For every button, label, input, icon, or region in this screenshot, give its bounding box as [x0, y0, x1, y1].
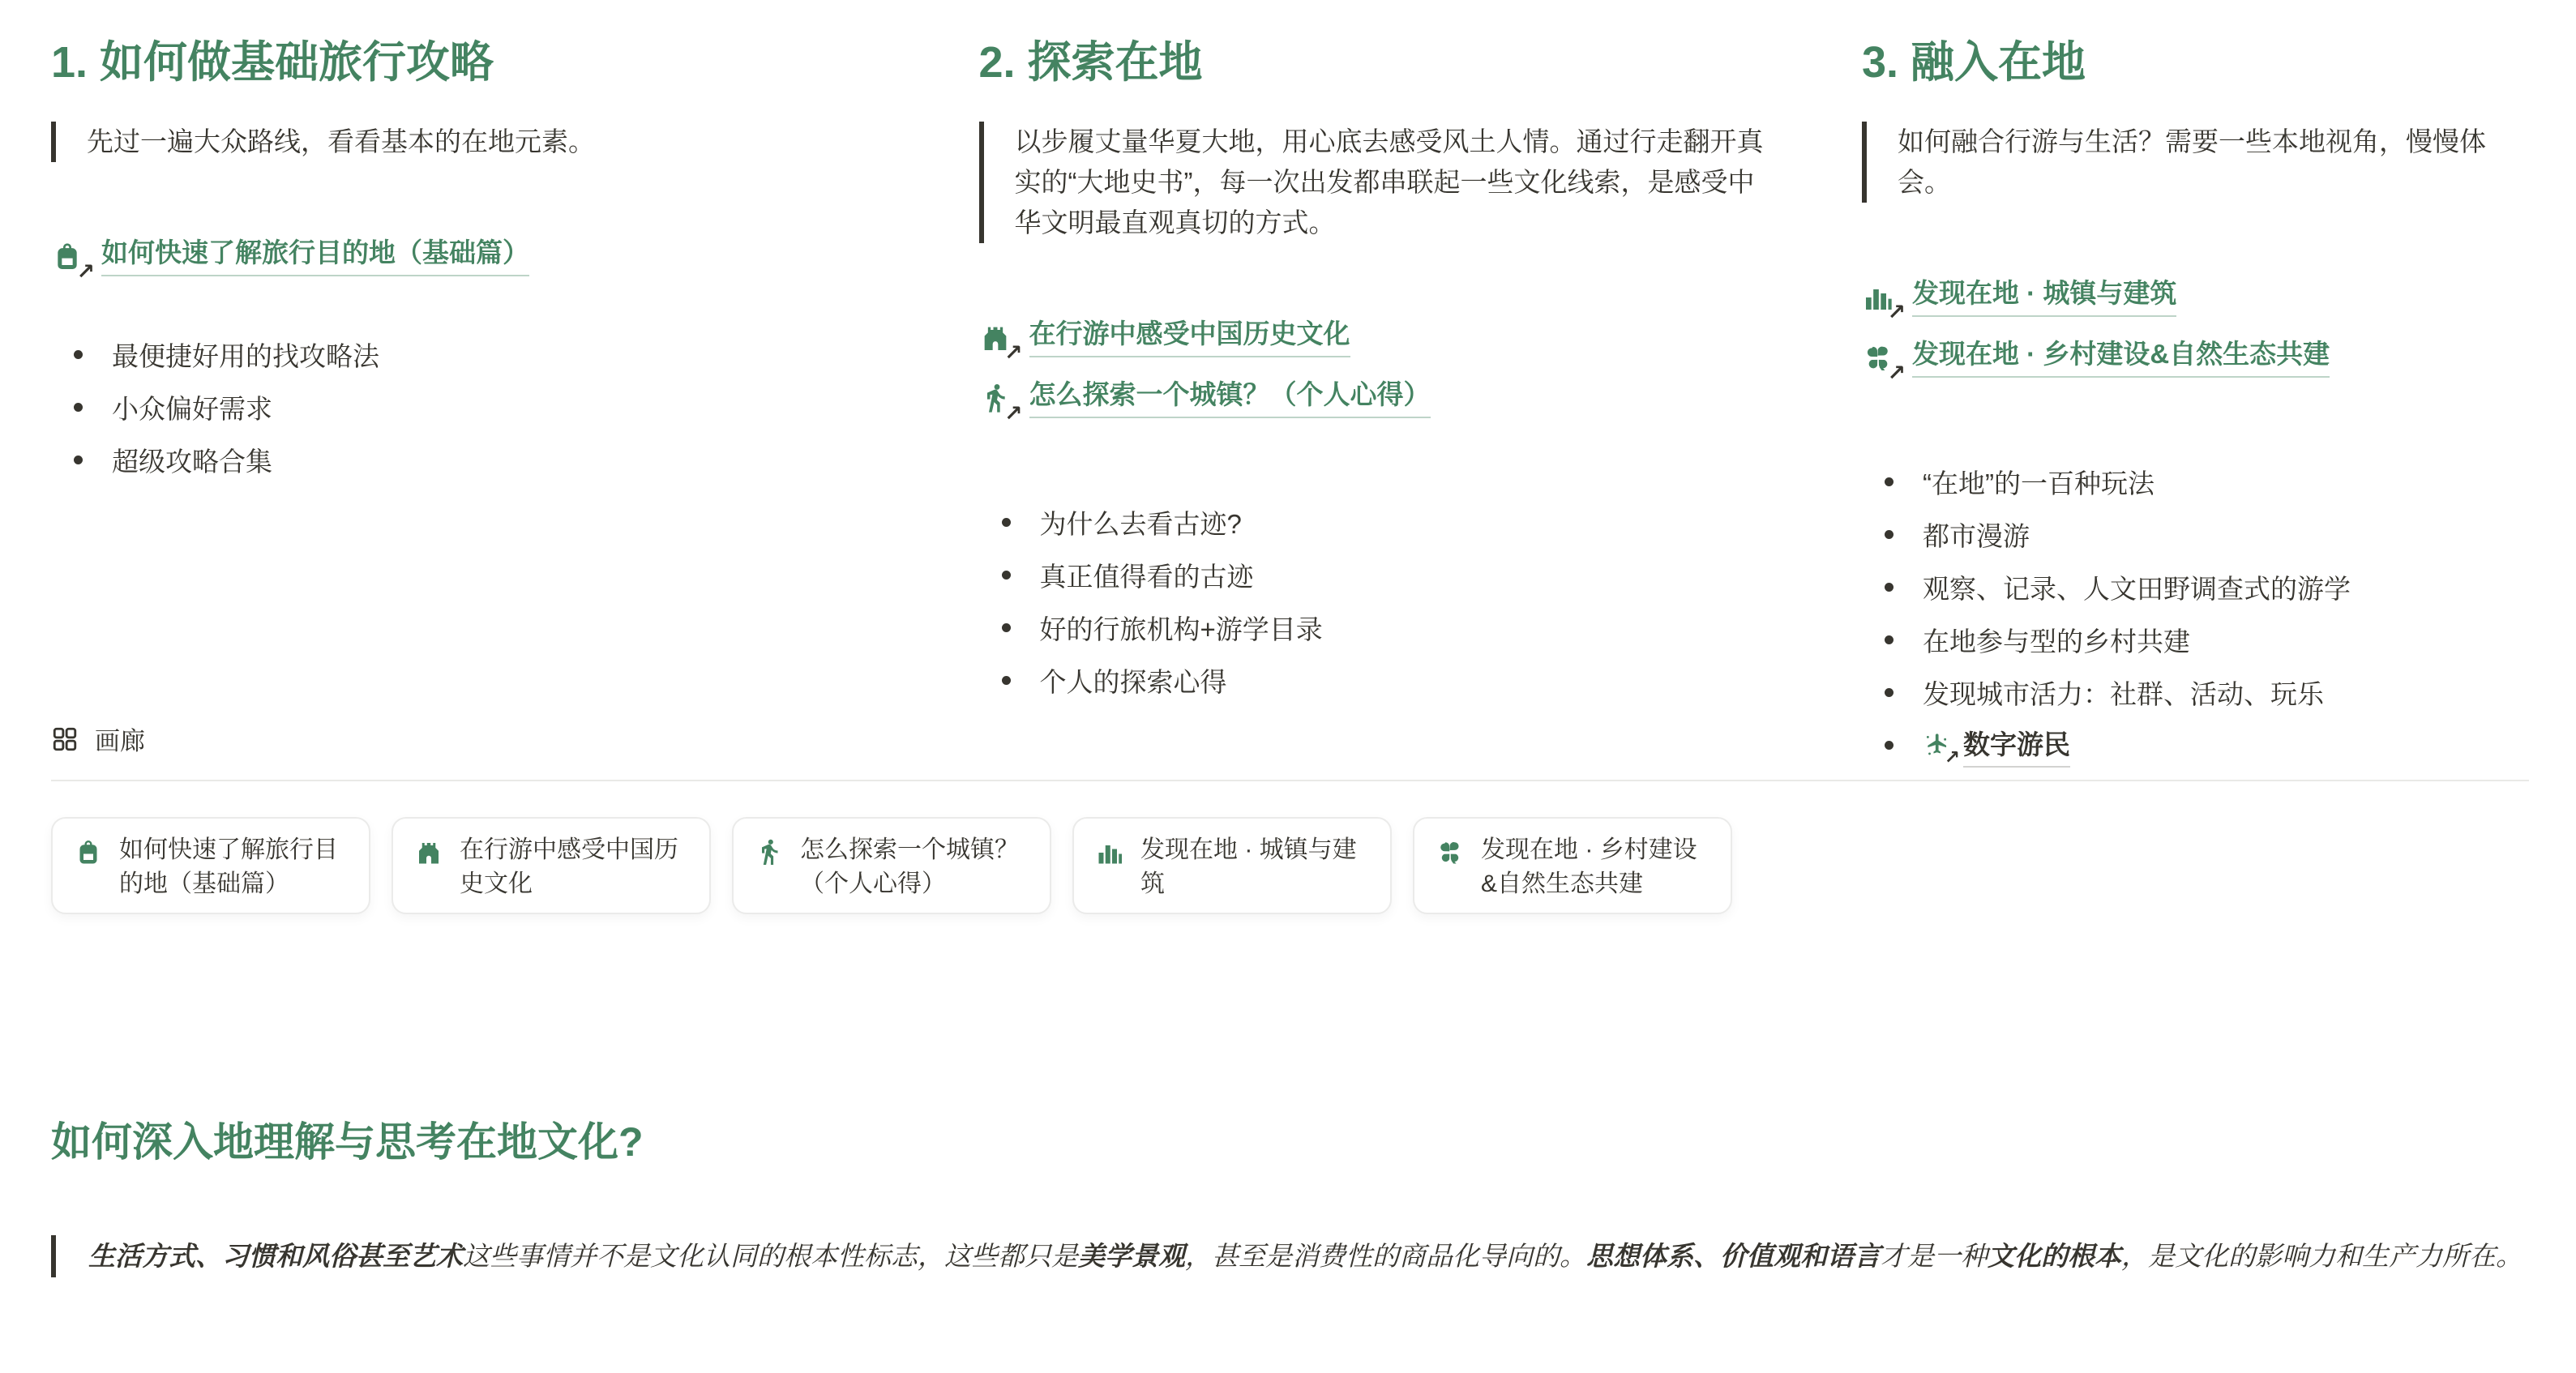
- bullet-dot: [1885, 583, 1893, 592]
- bullet-text: 在地参与型的乡村共建: [1923, 621, 2190, 659]
- quote-block-1: 先过一遍大众路线，看看基本的在地元素。: [51, 122, 894, 162]
- bullet-dot: [74, 350, 83, 359]
- link-list-1: ↗ 如何快速了解旅行目的地（基础篇）: [51, 237, 894, 276]
- footer-quote-block: 生活方式、习惯和风俗甚至艺术这些事情并不是文化认同的根本性标志，这些都只是美学景…: [51, 1235, 2525, 1277]
- grid-icon: [51, 725, 79, 753]
- list-item: 在地参与型的乡村共建: [1885, 614, 2525, 666]
- bullet-dot: [1002, 623, 1011, 632]
- page-link-towns-architecture[interactable]: ↗ 发现在地 · 城镇与建筑: [1862, 277, 2176, 317]
- gallery-card-history-culture[interactable]: 在行游中感受中国历史文化: [392, 817, 711, 914]
- quote-segment: ，甚至是消费性的商品化导向的。: [1185, 1241, 1586, 1271]
- gallery-label: 画廊: [95, 721, 145, 757]
- bullet-text: 超级攻略合集: [112, 441, 272, 479]
- bullet-text: 好的行旅机构+游学目录: [1040, 609, 1323, 647]
- quote-text: 先过一遍大众路线，看看基本的在地元素。: [56, 122, 595, 162]
- link-out-arrow-icon: ↗: [1945, 748, 1960, 767]
- link-out-arrow-icon: ↗: [1887, 302, 1906, 323]
- bullet-dot: [1885, 530, 1893, 539]
- bullet-text: “在地”的一百种玩法: [1923, 463, 2155, 501]
- link-label: 如何快速了解旅行目的地（基础篇）: [101, 237, 529, 276]
- column-basic-travel-planning: 1. 如何做基础旅行攻略 先过一遍大众路线，看看基本的在地元素。 ↗ 如何快速了…: [51, 37, 894, 721]
- card-title: 发现在地 · 城镇与建筑: [1140, 833, 1369, 901]
- list-item: 发现城市活力：社群、活动、玩乐: [1885, 666, 2525, 719]
- card-title: 发现在地 · 乡村建设&自然生态共建: [1481, 833, 1709, 901]
- bullet-dot: [1885, 688, 1893, 697]
- bullet-dot: [1885, 477, 1893, 486]
- clover-icon: [1436, 838, 1465, 867]
- column-blend-in-local: 3. 融入在地 如何融合行游与生活？需要一些本地视角，慢慢体会。 ↗ 发现在地 …: [1862, 37, 2525, 721]
- list-item: 好的行旅机构+游学目录: [1002, 601, 1778, 654]
- pedestrian-icon: [755, 838, 784, 867]
- card-title: 在行游中感受中国历史文化: [460, 833, 688, 901]
- castle-icon: [414, 838, 443, 867]
- footer-heading: 如何深入地理解与思考在地文化?: [51, 1119, 2525, 1166]
- bullet-text: 小众偏好需求: [112, 388, 272, 426]
- link-out-arrow-icon: ↗: [1887, 362, 1906, 384]
- backpack-icon: ↗: [51, 241, 83, 273]
- link-list-2: ↗ 在行游中感受中国历史文化 ↗ 怎么探索一个城镇？（个人心得）: [979, 318, 1778, 418]
- card-title: 怎么探索一个城镇？（个人心得）: [800, 833, 1029, 901]
- pedestrian-icon: ↗: [979, 383, 1012, 415]
- clover-icon: ↗: [1862, 342, 1894, 374]
- list-item: 小众偏好需求: [74, 381, 894, 434]
- link-label: 怎么探索一个城镇？（个人心得）: [1029, 379, 1431, 418]
- gallery-card-destination-basics[interactable]: 如何快速了解旅行目的地（基础篇）: [51, 817, 370, 914]
- columns-section: 1. 如何做基础旅行攻略 先过一遍大众路线，看看基本的在地元素。 ↗ 如何快速了…: [0, 0, 2576, 721]
- bullet-dot: [1885, 635, 1893, 644]
- section-heading-2: 2. 探索在地: [979, 37, 1778, 88]
- bullet-dot: [1002, 676, 1011, 685]
- quote-segment: 文化的根本: [1988, 1241, 2121, 1271]
- bullet-dot: [74, 403, 83, 412]
- bullet-text: 都市漫游: [1923, 515, 2030, 554]
- notion-page: 1. 如何做基础旅行攻略 先过一遍大众路线，看看基本的在地元素。 ↗ 如何快速了…: [0, 0, 2576, 1373]
- bullet-text: 发现城市活力：社群、活动、玩乐: [1923, 674, 2324, 712]
- bullet-list-3: “在地”的一百种玩法 都市漫游 观察、记录、人文田野调查式的游学 在地参与型的乡…: [1862, 456, 2525, 772]
- list-item: 为什么去看古迹?: [1002, 496, 1778, 549]
- buildings-icon: ↗: [1862, 281, 1894, 314]
- bullet-list-1: 最便捷好用的找攻略法 小众偏好需求 超级攻略合集: [51, 328, 894, 486]
- quote-segment: 生活方式、习惯和风俗甚至艺术: [88, 1241, 463, 1271]
- gallery-cards: 如何快速了解旅行目的地（基础篇） 在行游中感受中国历史文化 怎么探索一个城镇？（…: [0, 781, 2576, 914]
- quote-text: 以步履丈量华夏大地，用心底去感受风土人情。通过行走翻开真实的“大地史书”，每一次…: [984, 122, 1778, 243]
- quote-text: 如何融合行游与生活？需要一些本地视角，慢慢体会。: [1867, 122, 2525, 203]
- bullet-list-2: 为什么去看古迹? 真正值得看的古迹 好的行旅机构+游学目录 个人的探索心得: [979, 496, 1778, 707]
- card-title: 如何快速了解旅行目的地（基础篇）: [119, 833, 348, 901]
- link-label: 发现在地 · 乡村建设&自然生态共建: [1912, 338, 2330, 378]
- gallery-card-rural-ecology[interactable]: 发现在地 · 乡村建设&自然生态共建: [1413, 817, 1732, 914]
- page-link-label: 数字游民: [1963, 724, 2070, 768]
- quote-segment: 这些事情并不是文化认同的根本性标志，这些都只是: [463, 1241, 1078, 1271]
- page-link-explore-town[interactable]: ↗ 怎么探索一个城镇？（个人心得）: [979, 379, 1431, 418]
- backpack-icon: [74, 838, 103, 867]
- link-list-3: ↗ 发现在地 · 城镇与建筑 ↗ 发现在地 · 乡村建设&自然生态共建: [1862, 277, 2525, 378]
- list-item: “在地”的一百种玩法: [1885, 456, 2525, 508]
- buildings-icon: [1095, 838, 1124, 867]
- footer-quote-text: 生活方式、习惯和风俗甚至艺术这些事情并不是文化认同的根本性标志，这些都只是美学景…: [88, 1235, 2523, 1277]
- bullet-text: 真正值得看的古迹: [1040, 556, 1254, 594]
- quote-segment: 才是一种: [1881, 1241, 1988, 1271]
- list-item: 超级攻略合集: [74, 434, 894, 486]
- quote-bar: [51, 1235, 56, 1277]
- bullet-text: 个人的探索心得: [1040, 661, 1227, 699]
- list-item: 最便捷好用的找攻略法: [74, 328, 894, 381]
- list-item: 个人的探索心得: [1002, 654, 1778, 707]
- quote-segment: ，是文化的影响力和生产力所在。: [2121, 1241, 2523, 1271]
- section-heading-1: 1. 如何做基础旅行攻略: [51, 37, 894, 88]
- section-heading-3: 3. 融入在地: [1862, 37, 2525, 88]
- bullet-text: 为什么去看古迹?: [1040, 503, 1242, 541]
- column-explore-local: 2. 探索在地 以步履丈量华夏大地，用心底去感受风土人情。通过行走翻开真实的“大…: [979, 37, 1778, 721]
- link-label: 在行游中感受中国历史文化: [1029, 318, 1350, 357]
- bullet-dot: [1002, 518, 1011, 527]
- quote-segment: 思想体系、价值观和语言: [1586, 1241, 1881, 1271]
- link-out-arrow-icon: ↗: [76, 261, 95, 283]
- bullet-dot: [74, 456, 83, 464]
- page-link-destination-basics[interactable]: ↗ 如何快速了解旅行目的地（基础篇）: [51, 237, 529, 276]
- list-item-digital-nomad[interactable]: ↗ 数字游民: [1885, 719, 2525, 772]
- quote-block-3: 如何融合行游与生活？需要一些本地视角，慢慢体会。: [1862, 122, 2525, 203]
- page-link-rural-ecology[interactable]: ↗ 发现在地 · 乡村建设&自然生态共建: [1862, 338, 2330, 378]
- link-out-arrow-icon: ↗: [1004, 342, 1023, 364]
- page-link-history-culture[interactable]: ↗ 在行游中感受中国历史文化: [979, 318, 1350, 357]
- link-label: 发现在地 · 城镇与建筑: [1912, 277, 2176, 317]
- list-item: 都市漫游: [1885, 508, 2525, 561]
- quote-segment: 美学景观: [1078, 1241, 1185, 1271]
- bullet-text: 最便捷好用的找攻略法: [112, 336, 379, 374]
- bullet-dot: [1002, 571, 1011, 580]
- list-item: 观察、记录、人文田野调查式的游学: [1885, 561, 2525, 614]
- list-item: 真正值得看的古迹: [1002, 549, 1778, 601]
- gallery-card-towns-architecture[interactable]: 发现在地 · 城镇与建筑: [1072, 817, 1392, 914]
- quote-block-2: 以步履丈量华夏大地，用心底去感受风土人情。通过行走翻开真实的“大地史书”，每一次…: [979, 122, 1778, 243]
- bullet-text: 观察、记录、人文田野调查式的游学: [1923, 568, 2351, 606]
- airplane-icon: ↗: [1923, 732, 1950, 759]
- gallery-card-explore-town[interactable]: 怎么探索一个城镇？（个人心得）: [732, 817, 1051, 914]
- castle-icon: ↗: [979, 322, 1012, 354]
- bullet-dot: [1885, 741, 1893, 750]
- link-out-arrow-icon: ↗: [1004, 403, 1023, 425]
